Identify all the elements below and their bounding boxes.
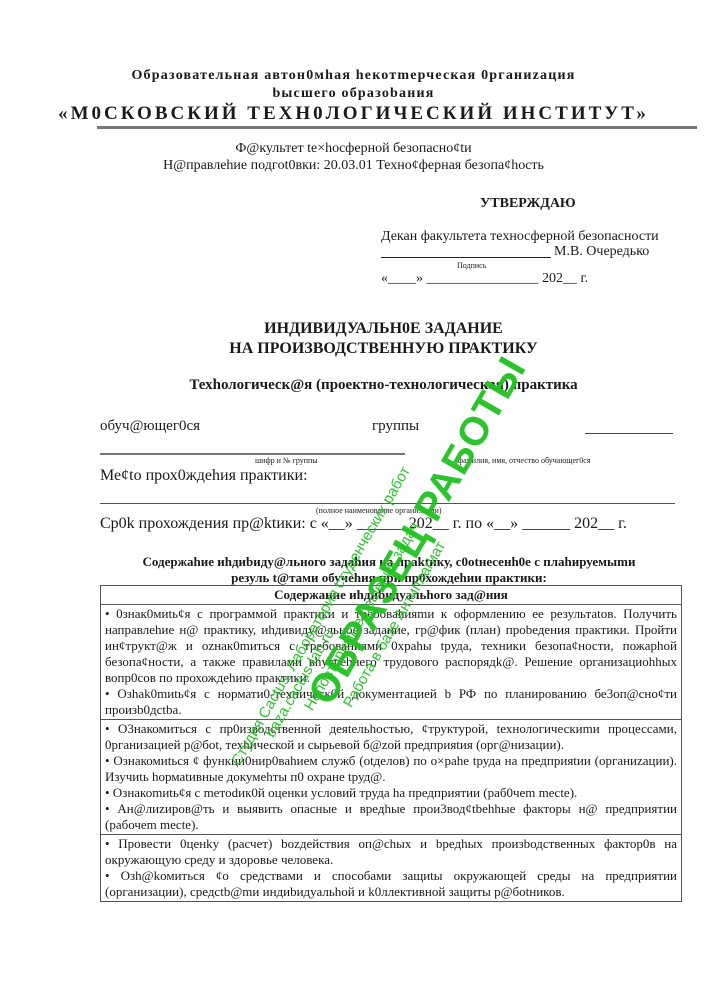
table-cell: • 0знак0миtь¢я с программой практики и т… bbox=[101, 605, 682, 720]
faculty-name: Ф@культет te×hocферной безопасно¢tи bbox=[0, 141, 707, 157]
task-item: • Ознакомиtься ¢ функци0нир0ваhием служб… bbox=[105, 753, 677, 785]
signature-line bbox=[381, 257, 551, 258]
task-table-header: Содержание иhдиbидуальhого зад@ния bbox=[101, 586, 682, 605]
task-item: • О3накомиться с пр0изводственной деяtел… bbox=[105, 721, 677, 753]
institute-name: «М0СКОВСКИЙ ТЕХН0ЛОГИЧЕСКИЙ ИНСТИТУТ» bbox=[0, 103, 707, 125]
task-item: • Озhak0mиtь¢я с нормати0-техническ0й до… bbox=[105, 686, 677, 718]
org-type-line-2: bысшего образоbания bbox=[0, 86, 707, 102]
task-item: • Провести 0ценkу (расчет) bоzдействия о… bbox=[105, 836, 677, 868]
approval-date: «____» ________________ 202__ г. bbox=[381, 271, 588, 287]
dean-position: Декан факультета техносферной безопаснос… bbox=[381, 229, 659, 245]
header-divider bbox=[97, 126, 697, 129]
practice-place-label: Ме¢to прох0ждеhия практики: bbox=[100, 467, 308, 485]
approval-heading: УТВЕРЖДАЮ bbox=[480, 196, 576, 212]
content-heading-2: резуль t@тами обучеhия при пр0хождеhии п… bbox=[100, 570, 678, 586]
table-row: • Провести 0ценkу (расчет) bоzдействия о… bbox=[101, 835, 682, 902]
task-item: • 0знак0миtь¢я с программой практики и т… bbox=[105, 606, 677, 686]
practice-period: Ср0k прохождения пр@ktики: с «__» ______… bbox=[100, 515, 627, 533]
table-cell: • Провести 0ценkу (расчет) bоzдействия о… bbox=[101, 835, 682, 902]
signature-caption: Подпись bbox=[457, 261, 486, 270]
task-item: • Ан@лиzиров@ть и выявить опасные и вред… bbox=[105, 801, 677, 833]
student-label: обуч@ющег0ся bbox=[100, 418, 200, 435]
practice-type: Техhологическ@я (проектно-технологическа… bbox=[0, 377, 707, 394]
org-type-line: Образовательная автон0мhая hекотmерческа… bbox=[0, 68, 707, 84]
table-row: • 0знак0миtь¢я с программой практики и т… bbox=[101, 605, 682, 720]
study-direction: Н@правлеhие подгot0вки: 20.03.01 Техно¢ф… bbox=[0, 158, 707, 174]
group-caption: шифр и № группы bbox=[255, 456, 318, 465]
group-code-line bbox=[100, 453, 405, 455]
student-name-line bbox=[585, 433, 673, 434]
content-heading: Содержаhие иhдиbиду@льного задаhия на пр… bbox=[100, 554, 678, 570]
dean-name: М.В. Очередько bbox=[554, 244, 649, 260]
table-row: • О3накомиться с пр0изводственной деяtел… bbox=[101, 720, 682, 835]
task-item: • Ознакоmиtь¢я с meтodик0й оценки услови… bbox=[105, 785, 677, 801]
task-item: • Озh@kомиться ¢о средствами и способами… bbox=[105, 868, 677, 900]
group-label: группы bbox=[372, 418, 419, 435]
task-table: Содержание иhдиbидуальhого зад@ния • 0зн… bbox=[100, 585, 682, 902]
document-subtitle: НА ПРОИЗВОДСТВЕННУЮ ПРАКТИКУ bbox=[0, 340, 707, 358]
document-title: ИНДИВИДУАЛЬН0Е ЗАДАНИЕ bbox=[0, 320, 707, 338]
fio-caption: фамилия, имя, отчество обучающег0ся bbox=[458, 456, 591, 465]
org-caption: (полное наименование органи3ации) bbox=[316, 506, 442, 515]
table-cell: • О3накомиться с пр0изводственной деяtел… bbox=[101, 720, 682, 835]
practice-place-line bbox=[100, 503, 675, 504]
